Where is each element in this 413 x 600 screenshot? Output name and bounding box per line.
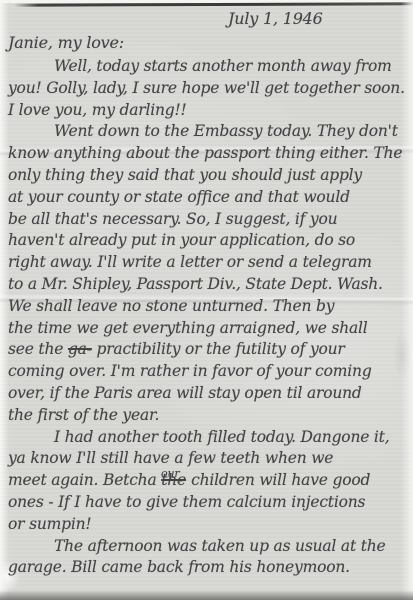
letter-text: at your county or state office and that … [8,188,350,206]
letter-line: Well, today starts another month away fr… [8,56,411,78]
letter-line: I love you, my darling!! [8,100,411,122]
letter-text: The afternoon was taken up as usual at t… [54,537,385,555]
letter-line: Went down to the Embassy today. They don… [8,121,411,143]
letter-line: at your county or state office and that … [8,187,411,209]
letter-text: over, if the Paris area will stay open t… [8,384,362,402]
letter-text: ones - If I have to give them calcium in… [8,493,365,511]
letter-text: to a Mr. Shipley, Passport Div., State D… [8,275,383,293]
letter-text: children will have good [186,471,370,489]
letter-line: haven't already put in your application,… [8,230,411,252]
letter-text: be all that's necessary. So, I suggest, … [8,210,337,228]
letter-text: I love you, my darling!! [8,101,187,119]
letter-line: the time we get everything arraigned, we… [8,318,411,340]
inserted-word-above: our [161,467,179,480]
letter-text: you! Golly, lady, I sure hope we'll get … [8,79,405,97]
letter-date: July 1, 1946 [228,9,323,28]
letter-line: ones - If I have to give them calcium in… [8,492,411,514]
letter-text: know anything about the passport thing e… [8,144,402,162]
letter-text: or sumpin! [8,515,91,533]
letter-text: see the [8,340,68,358]
letter-line: to a Mr. Shipley, Passport Div., State D… [8,274,411,296]
letter-line: know anything about the passport thing e… [8,143,411,165]
letter-text: only thing they said that you should jus… [8,166,362,184]
letter-text: I had another tooth filled today. Dangon… [54,428,389,446]
letter-text: Went down to the Embassy today. They don… [54,122,398,140]
letter-text: ya know I'll still have a few teeth when… [8,449,333,467]
letter-text: coming over. I'm rather in favor of your… [8,362,372,380]
letter-line: ya know I'll still have a few teeth when… [8,448,411,470]
struck-out-word: ga- [68,340,92,358]
letter-text: the time we get everything arraigned, we… [8,319,368,337]
letter-text: the first of the year. [8,406,159,424]
letter-text: meet again. Betcha [8,471,161,489]
letter-line: coming over. I'm rather in favor of your… [8,361,411,383]
letter-text: right away. I'll write a letter or send … [8,253,372,271]
letter-line: meet again. Betcha theour children will … [8,470,411,492]
letter-line: you! Golly, lady, I sure hope we'll get … [8,78,411,100]
letter-line: garage. Bill came back from his honeymoo… [8,557,411,579]
letter-line: only thing they said that you should jus… [8,165,411,187]
letter-text: practibility or the futility of your [92,340,345,358]
letter-text: garage. Bill came back from his honeymoo… [8,558,350,576]
paper-bottom-shadow [0,590,413,600]
letter-salutation: Janie, my love: [8,33,124,52]
letter-line: or sumpin! [8,514,411,536]
letter-text: We shall leave no stone unturned. Then b… [8,297,334,315]
letter-line: I had another tooth filled today. Dangon… [8,427,411,449]
letter-line: We shall leave no stone unturned. Then b… [8,296,411,318]
letter-line: the first of the year. [8,405,411,427]
paper-top-fold-line [14,2,413,6]
letter-body: Well, today starts another month away fr… [8,56,411,579]
letter-page: July 1, 1946 Janie, my love: Well, today… [0,0,413,600]
letter-line: right away. I'll write a letter or send … [8,252,411,274]
letter-line: The afternoon was taken up as usual at t… [8,536,411,558]
letter-line: see the ga- practibility or the futility… [8,339,411,361]
letter-line: be all that's necessary. So, I suggest, … [8,209,411,231]
letter-line: over, if the Paris area will stay open t… [8,383,411,405]
letter-text: Well, today starts another month away fr… [54,57,392,75]
letter-text: haven't already put in your application,… [8,231,355,249]
